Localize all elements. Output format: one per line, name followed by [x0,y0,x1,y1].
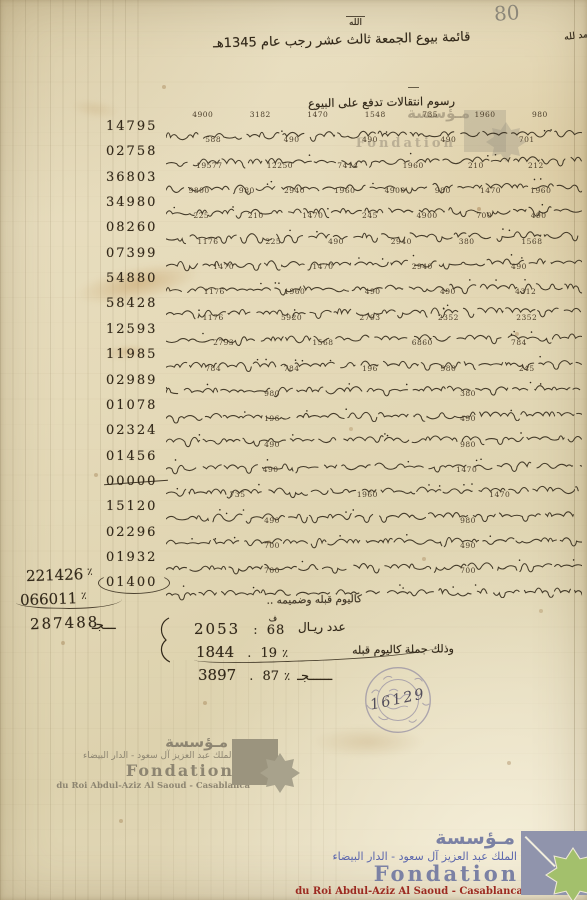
line-amount: 58428 [106,296,164,311]
interlinear-number: 735 [422,110,438,119]
handwritten-line: 700700 [166,572,582,598]
interlinear-number: 4900 [385,186,406,195]
interlinear-number: 980 [460,440,476,449]
interlinear-number: 588 [205,135,221,144]
interlinear-number: 701 [519,135,535,144]
interlinear-numbers: 156838029404902251176 [174,237,566,246]
interlinear-number: 212 [528,161,544,170]
total-grand: 287488 [30,613,100,633]
interlinear-number: 980 [264,389,280,398]
invocation-mark: الله [346,16,365,28]
line-amount: 01932 [106,550,164,565]
summary-row-1: 2053 : 68ف [194,619,285,638]
interlinear-number: 1960 [357,490,378,499]
interlinear-number: 2940 [391,237,412,246]
interlinear-number: 700 [264,566,280,575]
foundation-latin-subtitle: du Roi Abdul-Aziz Al Saoud - Casablanca [295,886,523,897]
interlinear-number: 490 [264,440,280,449]
interlinear-numbers: 212210196074141225019577 [174,161,566,170]
summary-separator: . [249,669,253,684]
paper-speckles [0,0,2,2]
line-amount: 01078 [106,398,164,413]
foundation-logo: مـؤسسة الملك عبد العزيز آل سعود - الدار … [300,829,587,900]
interlinear-numbers: 701490490490588 [174,135,566,144]
summary-value: 2053 [194,620,240,638]
interlinear-number: 490 [263,465,279,474]
foundation-latin-title: Fondation [374,861,519,886]
foundation-square-mark [232,739,278,785]
interlinear-number: 1470 [489,490,510,499]
interlinear-numbers: 49070049002451470210225 [174,211,566,220]
line-amount: 36803 [106,170,164,185]
ledger-postscript: كاليوم قبله وضميمه .. [150,593,362,609]
line-amount: 07399 [106,246,164,261]
interlinear-number: 1470 [302,211,323,220]
line-amount: 01456 [106,449,164,464]
interlinear-numbers: 784686015682793 [174,338,566,347]
document-title: قائمة بيوع الجمعة ثالث عشر رجب عام 1345ه… [212,30,470,52]
line-amount: 01400 [106,575,164,590]
line-amount: 02758 [106,144,164,159]
interlinear-number: 225 [265,237,281,246]
document-subtitle: رسوم انتقالات تدفع على البيوع [308,94,455,111]
summary-separator: : [253,623,257,638]
interlinear-number: 1960 [530,186,551,195]
interlinear-number: 1176 [197,237,218,246]
line-amount: 08260 [106,220,164,235]
interlinear-number: 735 [230,490,246,499]
interlinear-number: 980 [532,110,548,119]
line-amount: 14795 [106,119,164,134]
interlinear-number: 2352 [516,313,537,322]
interlinear-number: 210 [468,161,484,170]
interlinear-numbers: 14701960735 [174,490,566,499]
interlinear-number: 210 [248,211,264,220]
interlinear-number: 490 [440,135,456,144]
interlinear-number: 980 [460,516,476,525]
interlinear-numbers: 380980 [174,389,566,398]
interlinear-number: 1568 [521,237,542,246]
interlinear-number: 490 [440,287,456,296]
subtitle-overline [408,87,419,88]
fa-sup-mark: ف [269,614,277,623]
interlinear-number: 490 [511,262,527,271]
interlinear-numbers: 245980196784784 [174,364,566,373]
interlinear-number: 980 [435,186,451,195]
interlinear-numbers: 490196 [174,414,566,423]
interlinear-number: 980 [440,364,456,373]
interlinear-number: 1470 [312,262,333,271]
interlinear-number: 5920 [281,313,302,322]
interlinear-number: 1176 [204,287,225,296]
line-amount: 54880 [106,271,164,286]
interlinear-numbers: 431249049019601176 [174,287,566,296]
interlinear-number: 700 [476,211,492,220]
line-amount: 02989 [106,373,164,388]
interlinear-number: 1470 [213,262,234,271]
interlinear-number: 490 [328,237,344,246]
summary-label: عدد ريـال [298,620,346,634]
interlinear-numbers: 980490 [174,440,566,449]
line-amount: 11985 [106,347,164,362]
hamdala-note: أحمد لله [563,28,587,43]
summary-value: 3897 [198,666,236,684]
foundation-watermark-bottom: مـؤسسة الملك عبد العزيز آل سعود - الدار … [50,735,290,797]
interlinear-number: 19577 [196,161,222,170]
interlinear-number: 225 [193,211,209,220]
interlinear-numbers: 490294014701470 [174,262,566,271]
foundation-latin-subtitle: du Roi Abdul-Aziz Al Saoud - Casablanca [56,781,250,791]
foundation-star-icon [260,753,300,793]
interlinear-numbers: 1470490 [174,465,566,474]
foundation-arabic-title: مـؤسسة [435,827,515,849]
pencil-page-number: 80 [493,0,520,26]
ledger-column-rules-bottom [148,660,348,900]
interlinear-numbers: 490700 [174,541,566,550]
summary-brace [156,617,170,663]
line-amount: 00000 [106,474,164,489]
interlinear-number: 784 [205,364,221,373]
total-first-value: 221426 [26,565,84,585]
foundation-arabic-subtitle: الملك عبد العزيز آل سعود - الدار البيضاء [83,751,234,761]
interlinear-number: 490 [365,287,381,296]
interlinear-number: 1548 [365,110,386,119]
interlinear-number: 490 [284,135,300,144]
interlinear-numbers: 196014709804900196029409809800 [174,186,566,195]
interlinear-number: 9800 [189,186,210,195]
interlinear-number: 490 [531,211,547,220]
jeem-mark: ــــــجـ [297,669,332,684]
interlinear-number: 490 [460,541,476,550]
line-amount: 34980 [106,195,164,210]
interlinear-number: 4900 [417,211,438,220]
foundation-arabic-subtitle: الملك عبد العزيز آل سعود - الدار البيضاء [332,850,517,863]
summary-row-3: 3897 . 87 ٪ ــــــجـ [198,665,332,684]
interlinear-number: 1960 [284,287,305,296]
foundation-star-icon [547,849,587,900]
total-grand-value: 287488 [30,613,100,633]
interlinear-number: 380 [460,389,476,398]
foundation-square-mark [521,831,587,895]
interlinear-number: 3182 [250,110,271,119]
interlinear-number: 380 [459,237,475,246]
interlinear-number: 4900 [192,110,213,119]
interlinear-number: 1960 [334,186,355,195]
interlinear-number: 4312 [515,287,536,296]
interlinear-number: 2940 [284,186,305,195]
jeem-mark: ـــجـ [92,618,116,633]
percent-mark: ٪ [87,567,93,578]
interlinear-number: 2793 [213,338,234,347]
interlinear-number: 1960 [474,110,495,119]
summary-rate: 68ف [267,623,286,638]
foundation-latin-title: Fondation [126,761,234,780]
interlinear-number: 1176 [203,313,224,322]
interlinear-number: 196 [264,414,280,423]
line-amount: 12593 [106,322,164,337]
scanned-manuscript-page: 80 الله أحمد لله قائمة بيوع الجمعة ثالث … [0,0,587,900]
interlinear-number: 6860 [412,338,433,347]
interlinear-numbers: 980490 [174,516,566,525]
interlinear-number: 7414 [337,161,358,170]
interlinear-number: 12250 [267,161,293,170]
interlinear-number: 245 [362,211,378,220]
percent-mark: ٪ [284,670,290,683]
stamp-number: 16129 [369,685,428,713]
interlinear-number: 1470 [307,110,328,119]
interlinear-numbers: 700700 [174,566,566,575]
interlinear-number: 784 [511,338,527,347]
interlinear-number: 245 [519,364,535,373]
line-amount: 15120 [106,499,164,514]
interlinear-number: 1470 [456,465,477,474]
interlinear-number: 490 [264,516,280,525]
interlinear-number: 700 [460,566,476,575]
interlinear-number: 196 [362,364,378,373]
foundation-arabic-title: مـؤسسة [165,733,228,751]
total-first: 221426٪ [26,565,93,585]
summary-rate: 87 [263,669,280,684]
interlinear-number: 2352 [438,313,459,322]
line-amount: 02324 [106,423,164,438]
interlinear-number: 1960 [403,161,424,170]
interlinear-number: 1470 [480,186,501,195]
interlinear-number: 490 [460,414,476,423]
interlinear-number: 1568 [312,338,333,347]
rate-value: 68 [267,623,286,638]
official-stamp: 16129 [354,656,442,744]
line-amount: 02296 [106,525,164,540]
foundation-star-outline [545,847,587,900]
interlinear-number: 2940 [412,262,433,271]
interlinear-number: 700 [264,541,280,550]
interlinear-number: 784 [284,364,300,373]
interlinear-number: 490 [362,135,378,144]
interlinear-numbers: 23522352279359201176 [174,313,566,322]
interlinear-numbers: 98019607351548147031824900 [174,110,566,119]
interlinear-number: 2793 [359,313,380,322]
interlinear-number: 980 [239,186,255,195]
